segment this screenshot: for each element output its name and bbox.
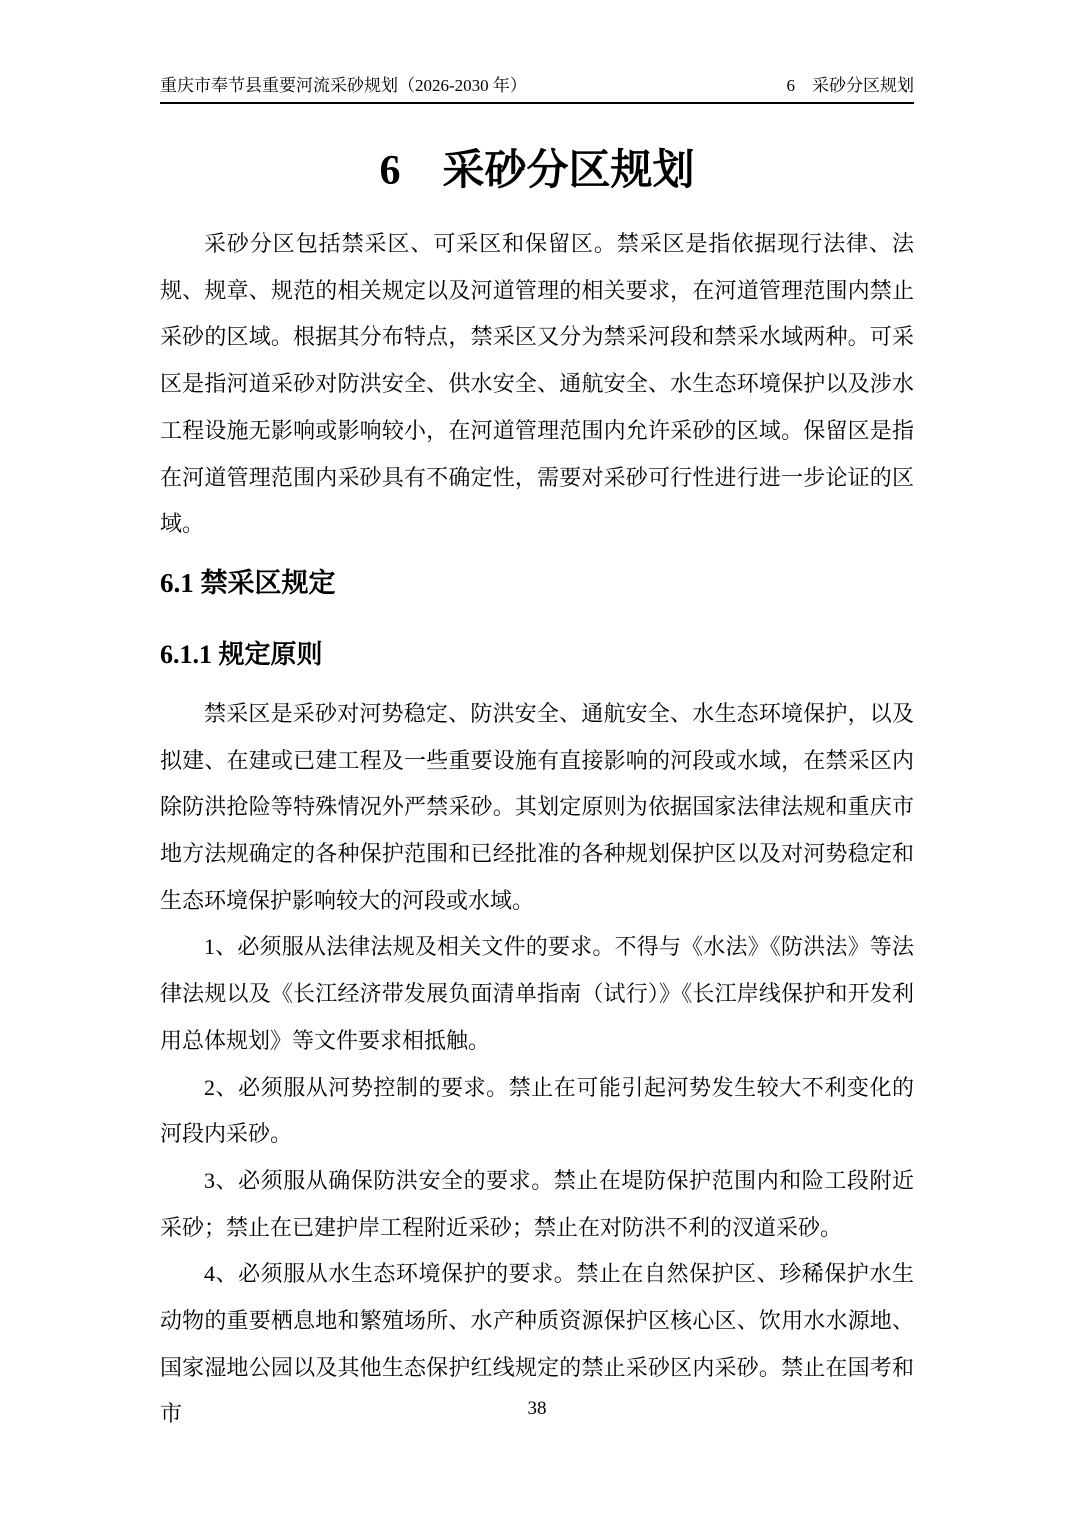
principle-item-3: 3、必须服从确保防洪安全的要求。禁止在堤防保护范围内和险工段附近采砂；禁止在已建…: [160, 1158, 914, 1251]
principle-item-1: 1、必须服从法律法规及相关文件的要求。不得与《水法》《防洪法》等法律法规以及《长…: [160, 924, 914, 1064]
header-right-chapter: 6 采砂分区规划: [787, 74, 915, 98]
page-header: 重庆市奉节县重要河流采砂规划（2026-2030 年） 6 采砂分区规划: [160, 0, 914, 104]
document-page: 重庆市奉节县重要河流采砂规划（2026-2030 年） 6 采砂分区规划 6 采…: [0, 0, 1074, 1520]
subsection-heading-6-1-1: 6.1.1 规定原则: [160, 637, 914, 672]
section-heading-6-1: 6.1 禁采区规定: [160, 565, 914, 601]
header-left-title: 重庆市奉节县重要河流采砂规划（2026-2030 年）: [160, 74, 527, 98]
page-number: 38: [0, 1396, 1074, 1421]
principle-item-2: 2、必须服从河势控制的要求。禁止在可能引起河势发生较大不利变化的河段内采砂。: [160, 1065, 914, 1158]
chapter-title: 6 采砂分区规划: [160, 144, 914, 198]
intro-paragraph: 采砂分区包括禁采区、可采区和保留区。禁采区是指依据现行法律、法规、规章、规范的相…: [160, 221, 914, 548]
principles-intro-paragraph: 禁采区是采砂对河势稳定、防洪安全、通航安全、水生态环境保护，以及拟建、在建或已建…: [160, 691, 914, 925]
